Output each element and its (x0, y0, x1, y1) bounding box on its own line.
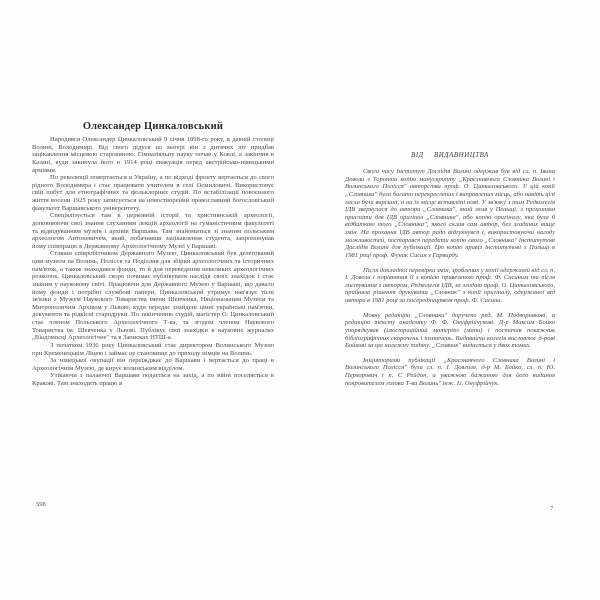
article-body: Народився Олександер Цинкаловський 9 січ… (32, 136, 274, 388)
paragraph: Свого часу Інститут Дослідів Волині одер… (345, 168, 555, 260)
paragraph: З початком 1936 року Цинкаловський стає … (32, 342, 274, 357)
paragraph: Спеціялізується там в церковній історії … (32, 212, 274, 250)
paragraph: За німецької окупації він переїжджає до … (32, 357, 274, 372)
left-page: Олександер Цинкаловський Народився Олекс… (0, 0, 300, 600)
page-number-right: 7 (550, 505, 553, 512)
paragraph: Мовну редакцію „Словника" доручено ред. … (345, 312, 555, 350)
section-heading: ВІД ВИДАВНИЦТВА (345, 152, 555, 159)
page-number-left: 598 (36, 501, 46, 508)
paragraph: Ініціяторами публікації „Краєзнавчого Сл… (345, 357, 555, 388)
paragraph: Утікаючи з палаючої Варшави подається на… (32, 372, 274, 387)
paragraph: Ставши співробітником Державного Музею, … (32, 250, 274, 342)
preface-body: Свого часу Інститут Дослідів Волині одер… (345, 168, 555, 394)
paragraph: Після докладної перевірки змін, зроблени… (345, 267, 555, 305)
article-title: Олександер Цинкаловський (32, 121, 274, 132)
paragraph: По революції повертається в Україну, а п… (32, 174, 274, 212)
paragraph: Народився Олександер Цинкаловський 9 січ… (32, 136, 274, 174)
